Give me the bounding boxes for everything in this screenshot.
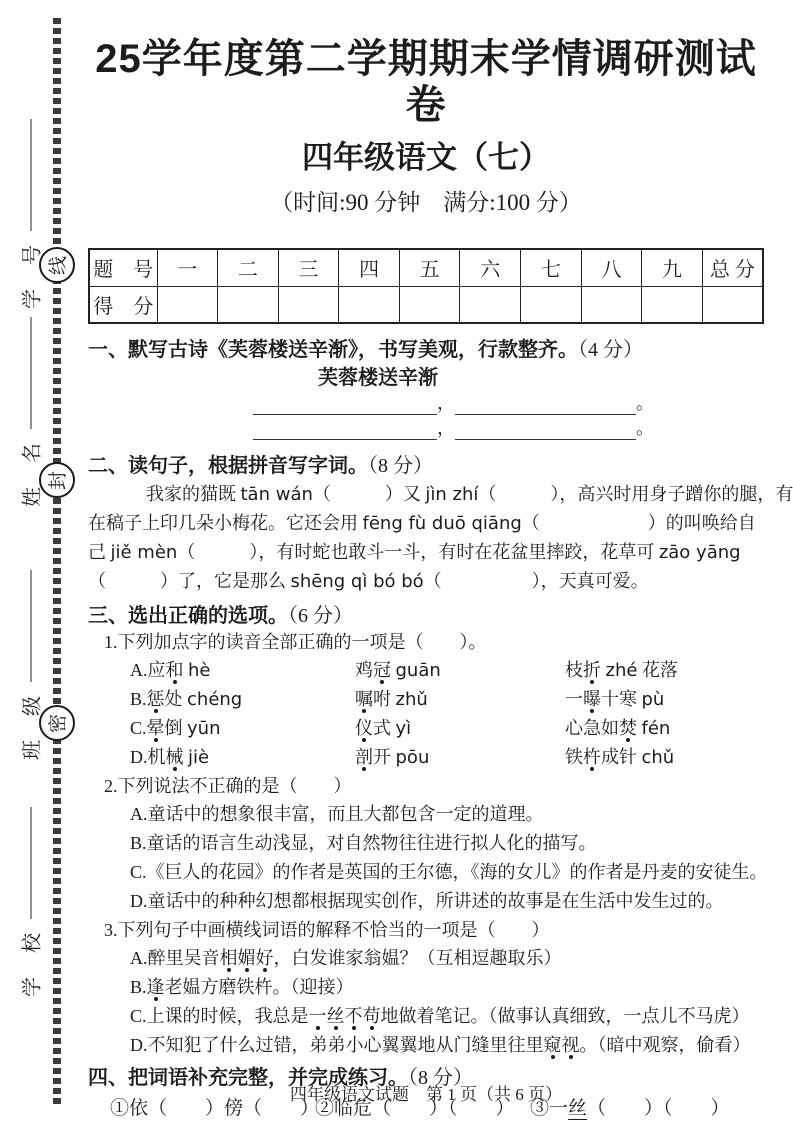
- question3-option-b: B.逢老媪方磨铁杵。（迎接）: [130, 973, 764, 1002]
- paragraph-line: 己 jiě mèn（ ），有时蛇也敢斗一斗，有时在花盆里摔跤，花草可 zāo y…: [88, 538, 764, 567]
- answer-blank: [455, 414, 636, 415]
- score-cell: [339, 286, 400, 323]
- score-cell: [642, 286, 703, 323]
- seal-field-school: 学 校: [16, 807, 45, 997]
- question3-option-a: A.醉里吴音相媚好，白发谁家翁媪？（互相逗趣取乐）: [130, 944, 764, 973]
- seal-char-mi: 密: [39, 705, 75, 741]
- score-cell: [702, 286, 763, 323]
- score-cell: [399, 286, 460, 323]
- question3-stem: 3.下列句子中画横线词语的解释不恰当的一项是（ ）: [104, 916, 764, 944]
- question2-option-a: A.童话中的想象很丰富，而且大都包含一定的道理。: [130, 800, 764, 829]
- school-label: 学 校: [16, 931, 45, 997]
- seal-dashed-line: [53, 18, 61, 1106]
- time-score-info: （时间:90 分钟 满分:100 分）: [88, 188, 764, 218]
- poem-answer-line-2: ，。: [253, 415, 764, 440]
- score-cell: [581, 286, 642, 323]
- col-7: 七: [521, 249, 582, 286]
- score-label: 得 分: [89, 286, 157, 323]
- main-content: 25学年度第二学期期末学情调研测试卷 四年级语文（七） （时间:90 分钟 满分…: [88, 0, 764, 1122]
- poem-answer-line-1: ，。: [253, 390, 764, 415]
- school-blank: [29, 807, 31, 919]
- score-table-header-row: 题 号 一 二 三 四 五 六 七 八 九 总 分: [89, 249, 763, 286]
- question1-option-row-b: B.惩处 chéng 嘱咐 zhǔ 一曝十寒 pù: [130, 685, 764, 714]
- class-blank: [29, 570, 31, 682]
- question1-option-row-c: C.晕倒 yūn 仪式 yì 心急如焚 fén: [130, 714, 764, 743]
- answer-blank: [455, 439, 636, 440]
- seal-char-feng: 封: [39, 462, 75, 498]
- answer-blank: [253, 439, 437, 440]
- col-6: 六: [460, 249, 521, 286]
- score-cell: [278, 286, 339, 323]
- section2-heading: 二、读句子，根据拼音写字词。（8 分）: [88, 454, 764, 478]
- exam-subject-title: 四年级语文（七）: [88, 141, 764, 175]
- col-5: 五: [399, 249, 460, 286]
- score-cell: [521, 286, 582, 323]
- question2-option-c: C.《巨人的花园》的作者是英国的王尔德，《海的女儿》的作者是丹麦的安徒生。: [130, 858, 764, 887]
- page-title: 25学年度第二学期期末学情调研测试卷: [88, 36, 764, 128]
- question-number-label: 题 号: [89, 249, 157, 286]
- student-number-label: 学 号: [16, 243, 45, 309]
- col-9: 九: [642, 249, 703, 286]
- question2-stem: 2.下列说法不正确的是（ ）: [104, 772, 764, 800]
- exam-paper-page: 学 号 姓 名 班 级 学 校 线 封 密 25学年度第二学期期末学情调研测试卷…: [0, 0, 793, 1122]
- col-1: 一: [157, 249, 218, 286]
- section3-heading: 三、选出正确的选项。（6 分）: [88, 604, 764, 628]
- question1-stem: 1.下列加点字的读音全部正确的一项是（ ）。: [104, 628, 764, 656]
- question2-option-b: B.童话的语言生动浅显，对自然物往往进行拟人化的描写。: [130, 829, 764, 858]
- score-cell: [460, 286, 521, 323]
- seal-field-student-number: 学 号: [16, 119, 45, 309]
- section1-heading: 一、默写古诗《芙蓉楼送辛渐》，书写美观，行款整齐。（4 分）: [88, 338, 764, 362]
- seal-char-xian: 线: [39, 247, 75, 283]
- page-footer: 四年级语文试题 第 1 页（共 6 页）: [88, 1080, 764, 1105]
- score-table-score-row: 得 分: [89, 286, 763, 323]
- poem-title: 芙蓉楼送辛渐: [318, 366, 764, 390]
- name-blank: [29, 317, 31, 429]
- col-4: 四: [339, 249, 400, 286]
- question1-option-row-a: A.应和 hè 鸡冠 guān 枝折 zhé 花落: [130, 656, 764, 685]
- paragraph-line: （ ）了，它是那么 shēng qì bó bó（ ），天真可爱。: [88, 567, 764, 596]
- question2-option-d: D.童话中的种种幻想都根据现实创作，所讲述的故事是在生活中发生过的。: [130, 887, 764, 916]
- score-cell: [218, 286, 279, 323]
- col-3: 三: [278, 249, 339, 286]
- answer-blank: [253, 414, 437, 415]
- question1-option-row-d: D.机械 jiè 剖开 pōu 铁杵成针 chǔ: [130, 743, 764, 772]
- pinyin-paragraph: 我家的猫既 tān wán（ ）又 jìn zhí（ ），高兴时用身子蹭你的腿，…: [88, 480, 764, 596]
- student-number-blank: [29, 119, 31, 231]
- col-8: 八: [581, 249, 642, 286]
- col-total: 总 分: [702, 249, 763, 286]
- col-2: 二: [218, 249, 279, 286]
- score-table: 题 号 一 二 三 四 五 六 七 八 九 总 分 得 分: [88, 248, 764, 324]
- question3-option-c: C.上课的时候，我总是一丝不苟地做着笔记。（做事认真细致，一点儿不马虎）: [130, 1002, 764, 1031]
- paragraph-line: 在稿子上印几朵小梅花。它还会用 fēng fù duō qiāng（ ）的叫唤给…: [88, 509, 764, 538]
- paragraph-line: 我家的猫既 tān wán（ ）又 jìn zhí（ ），高兴时用身子蹭你的腿，…: [88, 480, 764, 509]
- score-cell: [157, 286, 218, 323]
- question3-option-d: D.不知犯了什么过错，弟弟小心翼翼地从门缝里往里窥视。（暗中观察，偷看）: [130, 1031, 764, 1060]
